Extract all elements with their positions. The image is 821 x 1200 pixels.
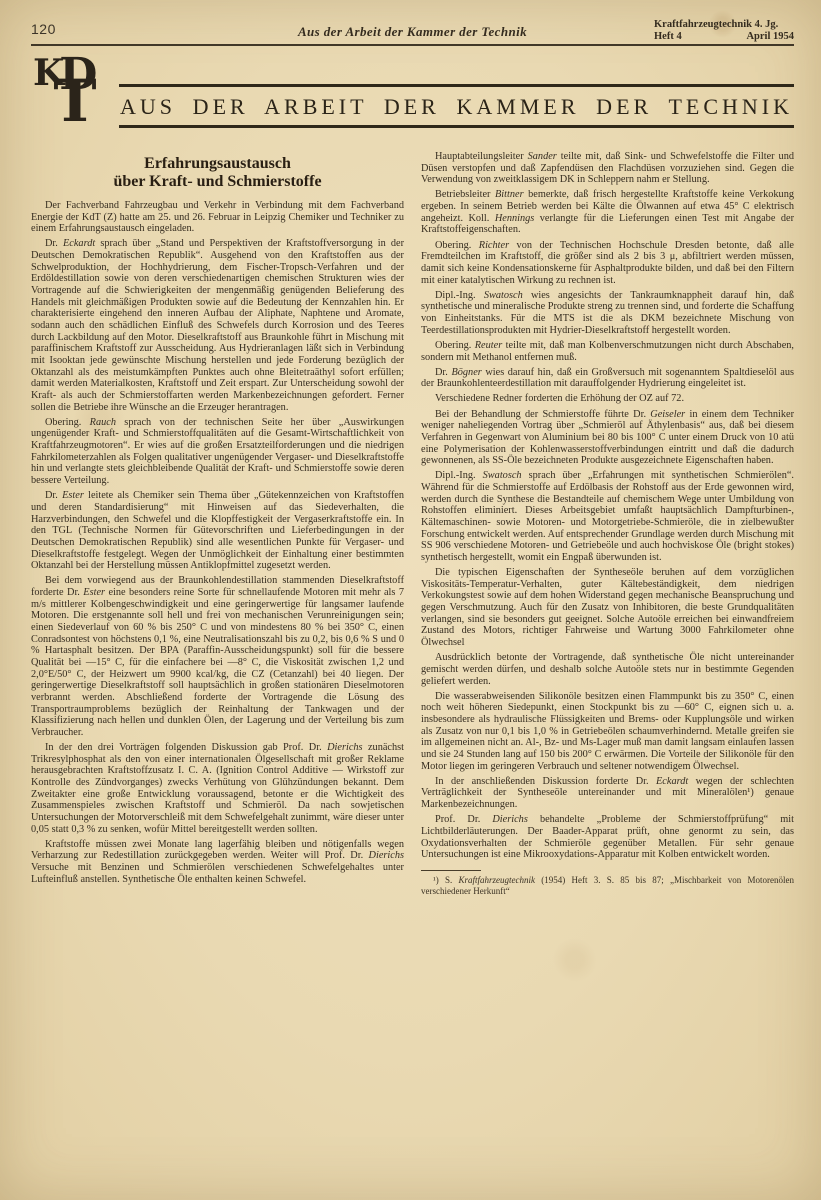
paragraph: Dr. Ester leitete als Chemiker sein Them… — [31, 490, 404, 572]
paragraph: Betriebsleiter Bittner bemerkte, daß fri… — [421, 189, 794, 236]
paragraph: Ausdrücklich betonte der Vortragende, da… — [421, 652, 794, 687]
paragraph: In der anschließenden Diskussion fordert… — [421, 776, 794, 811]
paragraph: Die typischen Eigenschaften der Synthese… — [421, 567, 794, 649]
article-body: Erfahrungsaustausch über Kraft- und Schm… — [31, 151, 794, 1186]
paragraph: Dipl.-Ing. Swatosch sprach über „Erfahru… — [421, 470, 794, 563]
paragraph: Dr. Eckardt sprach über „Stand und Persp… — [31, 238, 404, 413]
issue-number: Heft 4 — [654, 31, 682, 43]
article-title-line2: über Kraft- und Schmierstoffe — [31, 173, 404, 191]
paragraph: Bei der Behandlung der Schmierstoffe füh… — [421, 409, 794, 467]
header-rule — [31, 44, 794, 46]
paragraph: Prof. Dr. Dierichs behandelte „Probleme … — [421, 814, 794, 861]
footnote-rule — [421, 870, 481, 871]
journal-page: 120 Aus der Arbeit der Kammer der Techni… — [0, 0, 821, 1200]
paragraph: Kraftstoffe müssen zwei Monate lang lage… — [31, 839, 404, 886]
left-column-paragraphs: Der Fachverband Fahrzeugbau und Verkehr … — [31, 200, 404, 885]
paragraph: Obering. Richter von der Technischen Hoc… — [421, 240, 794, 287]
paragraph: Dr. Bögner wies darauf hin, daß ein Groß… — [421, 367, 794, 390]
paragraph: In der den drei Vorträgen folgenden Disk… — [31, 742, 404, 835]
paragraph: Die wasserabweisenden Silikonöle besitze… — [421, 691, 794, 773]
article-title-line1: Erfahrungsaustausch — [31, 155, 404, 173]
footnote-text: ¹) S. Kraftfahrzeugtechnik (1954) Heft 3… — [421, 875, 794, 897]
journal-name: Kraftfahrzeugtechnik 4. Jg. — [654, 19, 794, 31]
footnote: ¹) S. Kraftfahrzeugtechnik (1954) Heft 3… — [421, 870, 794, 897]
section-banner: AUS DER ARBEIT DER KAMMER DER TECHNIK — [119, 84, 794, 128]
left-column: Erfahrungsaustausch über Kraft- und Schm… — [31, 151, 404, 1186]
paragraph: Obering. Reuter teilte mit, daß man Kolb… — [421, 340, 794, 363]
right-column: Hauptabteilungsleiter Sander teilte mit,… — [421, 151, 794, 1186]
paragraph: Obering. Rauch sprach von der technische… — [31, 417, 404, 487]
issue-date: April 1954 — [746, 31, 794, 43]
banner-rule-bottom — [119, 125, 794, 128]
right-column-paragraphs: Hauptabteilungsleiter Sander teilte mit,… — [421, 151, 794, 861]
paragraph: Bei dem vorwiegend aus der Braunkohlende… — [31, 575, 404, 738]
paragraph: Dipl.-Ing. Swatosch wies angesichts der … — [421, 290, 794, 337]
paragraph: Hauptabteilungsleiter Sander teilte mit,… — [421, 151, 794, 186]
paragraph: Verschiedene Redner forderten die Erhöhu… — [421, 393, 794, 405]
article-title: Erfahrungsaustausch über Kraft- und Schm… — [31, 155, 404, 191]
paragraph: Der Fachverband Fahrzeugbau und Verkehr … — [31, 200, 404, 235]
page-header: 120 Aus der Arbeit der Kammer der Techni… — [31, 19, 794, 43]
kdt-logo: K D T — [33, 59, 115, 147]
section-title: AUS DER ARBEIT DER KAMMER DER TECHNIK — [119, 87, 794, 125]
journal-info: Kraftfahrzeugtechnik 4. Jg. Heft 4 April… — [654, 19, 794, 43]
